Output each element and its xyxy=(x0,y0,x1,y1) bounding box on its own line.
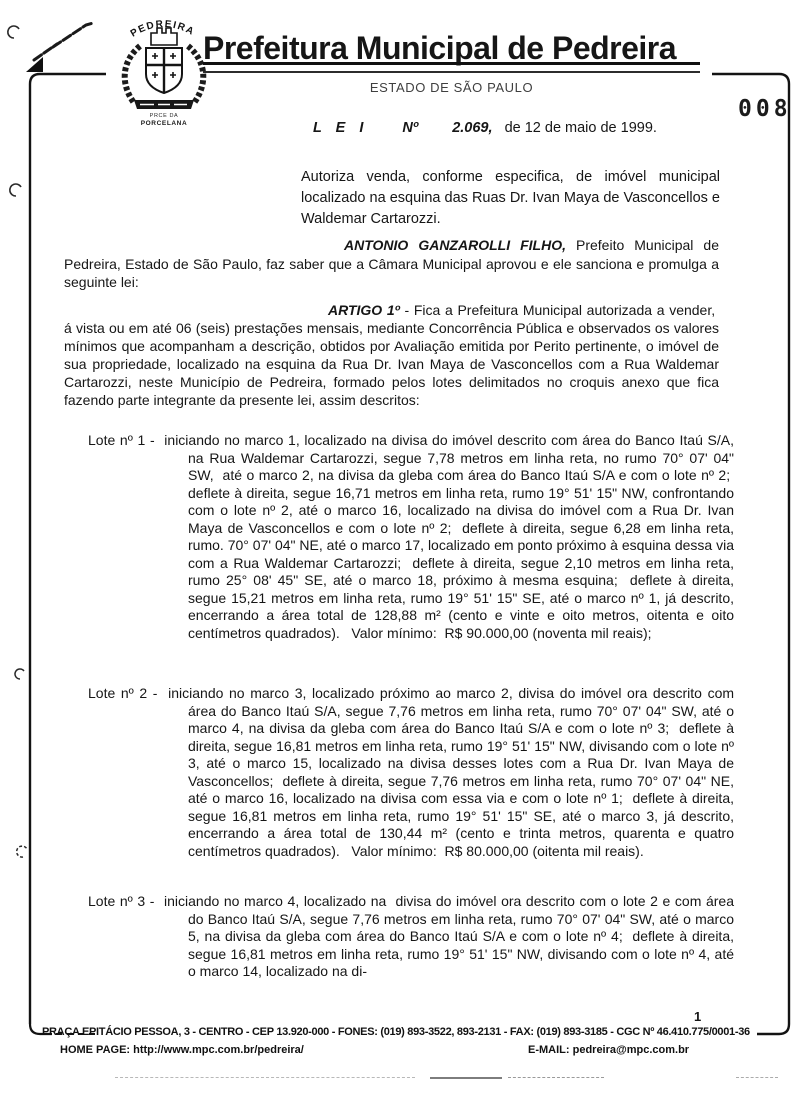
scan-noise-line xyxy=(736,1077,778,1078)
lot-2-text: iniciando no marco 3, localizado próximo… xyxy=(168,685,734,859)
mayor-name: ANTONIO GANZAROLLI FILHO, xyxy=(344,237,566,253)
lot-1-text: iniciando no marco 1, localizado na divi… xyxy=(164,432,734,641)
document-page: { "page": { "stamp": "008", "number": "1… xyxy=(0,0,800,1120)
margin-mark xyxy=(10,184,21,196)
lot-3-label: Lote nº 3 - xyxy=(88,893,159,909)
page-number: 1 xyxy=(694,1009,701,1024)
scan-noise-line xyxy=(430,1077,502,1079)
footer-homepage: HOME PAGE: http://www.mpc.com.br/pedreir… xyxy=(60,1044,304,1056)
margin-mark xyxy=(8,26,19,38)
law-number: 2.069, xyxy=(452,120,492,136)
law-date: de 12 de maio de 1999. xyxy=(505,120,657,136)
margin-mark xyxy=(17,846,27,857)
lot-3-text: iniciando no marco 4, localizado na divi… xyxy=(164,893,734,979)
title-underline xyxy=(203,62,700,73)
scan-noise-line xyxy=(508,1077,604,1078)
pen-stroke xyxy=(34,23,93,60)
lot-2-paragraph: Lote nº 2 - iniciando no marco 3, locali… xyxy=(88,685,734,860)
lot-1-label: Lote nº 1 - xyxy=(88,432,160,448)
article-1-heading: ARTIGO 1º xyxy=(328,302,400,318)
law-label-lei: L E I xyxy=(313,120,368,136)
law-label-no: Nº xyxy=(402,120,418,136)
lot-2-label: Lote nº 2 - xyxy=(88,685,162,701)
lot-3-paragraph: Lote nº 3 - iniciando no marco 4, locali… xyxy=(88,893,734,981)
page-stamp-number: 008 xyxy=(738,96,792,122)
scan-noise-line xyxy=(115,1077,415,1078)
footer-email: E-MAIL: pedreira@mpc.com.br xyxy=(528,1044,689,1056)
lot-1-paragraph: Lote nº 1 - iniciando no marco 1, locali… xyxy=(88,432,734,642)
logo-scroll-main: PORCELANA xyxy=(141,120,188,127)
article-1-paragraph: ARTIGO 1º - Fica a Prefeitura Municipal … xyxy=(64,301,719,409)
preamble-paragraph: ANTONIO GANZAROLLI FILHO, Prefeito Munic… xyxy=(64,236,719,292)
margin-mark xyxy=(15,669,24,679)
law-summary-paragraph: Autoriza venda, conforme especifica, de … xyxy=(301,167,720,230)
footer-address-line: PRAÇA EPITÁCIO PESSOA, 3 - CENTRO - CEP … xyxy=(42,1026,786,1038)
law-heading-line: L E I Nº 2.069, de 12 de maio de 1999. xyxy=(313,120,657,136)
logo-scroll-small: PRCE DA xyxy=(150,113,179,119)
scan-blob-triangle xyxy=(26,57,43,72)
document-subtitle: ESTADO DE SÃO PAULO xyxy=(203,80,700,95)
